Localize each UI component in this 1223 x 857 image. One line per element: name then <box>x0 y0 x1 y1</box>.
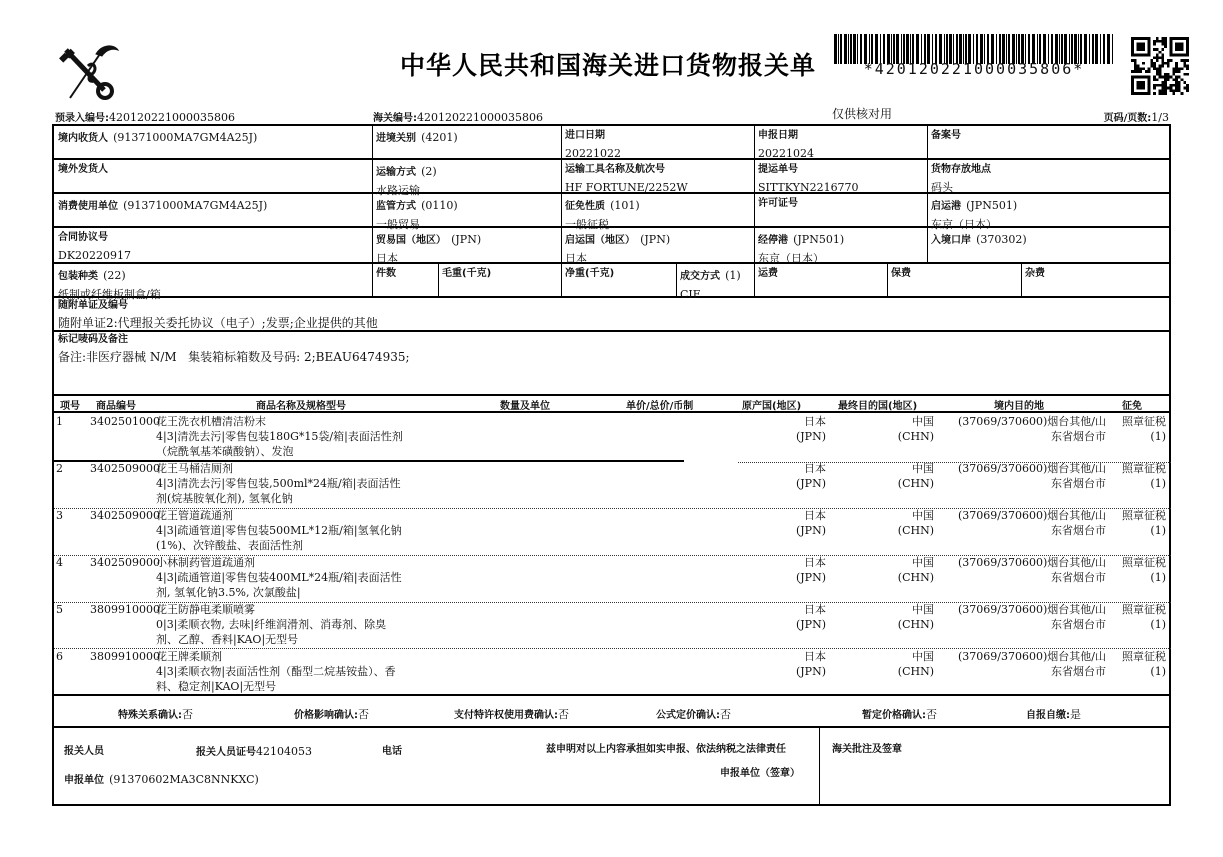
domestic-destination: (37069/370600)烟台其他/山东省烟台市 <box>938 508 1106 538</box>
col-hs-code: 商品编号 <box>96 397 136 412</box>
barcode-text: *420120221000035806* <box>834 60 1114 78</box>
product-name: 花王洗衣机槽清洁粉末 <box>156 414 266 429</box>
tax-mode: 照章征税(1) <box>1106 414 1166 444</box>
vessel-field: 运输工具名称及航次号HF FORTUNE/2252W <box>561 160 754 198</box>
entry-port-field: 入境口岸 (370302) <box>927 228 1171 251</box>
col-tax-mode: 征免 <box>1122 397 1142 412</box>
tax-mode: 照章征税(1) <box>1106 649 1166 679</box>
origin-country: 日本(JPN) <box>774 649 826 679</box>
col-domestic-dest: 境内目的地 <box>994 397 1044 412</box>
document-title: 中华人民共和国海关进口货物报关单 <box>400 46 816 82</box>
col-quantity: 数量及单位 <box>500 397 550 412</box>
page-number: 页码/页数:1/3 <box>1104 106 1169 125</box>
hs-code: 3402501000 <box>90 414 160 429</box>
table-row: 63809910000花王牌柔顺剂4|3|柔顺衣物|表面活性剂（酯型二烷基铵盐）… <box>54 649 1169 696</box>
product-spec: 4|3|柔顺衣物|表面活性剂（酯型二烷基铵盐）、香料、稳定剂|KAO|无型号 <box>156 664 456 694</box>
customs-approval-label: 海关批注及签章 <box>832 740 902 755</box>
phone-label: 电话 <box>382 742 402 757</box>
item-no: 4 <box>56 555 63 570</box>
domestic-destination: (37069/370600)烟台其他/山东省烟台市 <box>938 555 1106 585</box>
domestic-destination: (37069/370600)烟台其他/山东省烟台市 <box>938 649 1106 679</box>
col-item-no: 项号 <box>60 397 80 412</box>
provisional-price-confirm: 暂定价格确认:否 <box>862 706 937 722</box>
declare-unit: 申报单位 (91370602MA3C8NNKXC) <box>64 768 259 787</box>
page-label: 页码/页数: <box>1104 113 1152 124</box>
contract-no-field: 合同协议号DK20220917 <box>54 228 372 266</box>
royalty-confirm: 支付特许权使用费确认:否 <box>454 706 569 722</box>
final-destination: 中国(CHN) <box>884 602 934 632</box>
tax-mode: 照章征税(1) <box>1106 508 1166 538</box>
final-destination: 中国(CHN) <box>884 461 934 491</box>
freight-field: 运费 <box>754 264 887 284</box>
tax-mode: 照章征税(1) <box>1106 602 1166 632</box>
pre-entry-label: 预录入编号: <box>55 113 109 124</box>
col-price: 单价/总价/币制 <box>626 397 693 412</box>
domestic-destination: (37069/370600)烟台其他/山东省烟台市 <box>938 414 1106 444</box>
origin-country: 日本(JPN) <box>774 602 826 632</box>
tax-mode: 照章征税(1) <box>1106 555 1166 585</box>
final-destination: 中国(CHN) <box>884 649 934 679</box>
col-origin: 原产国(地区) <box>742 397 801 412</box>
product-name: 花王管道疏通剂 <box>156 508 233 523</box>
product-spec: 4|3|清洗去污|零售包装180G*15袋/箱|表面活性剂（烷酰氧基苯磺酸钠）、… <box>156 429 456 459</box>
attached-docs-field: 随附单证及编号随附单证2:代理报关委托协议（电子）;发票;企业提供的其他 <box>54 296 1171 333</box>
item-no: 6 <box>56 649 63 664</box>
table-row: 33402509000花王管道疏通剂4|3|疏通管道|零售包装500ML*12瓶… <box>54 508 1169 555</box>
customs-number: 海关编号:420120221000035806 <box>373 106 543 125</box>
entry-customs-field: 进境关别 (4201) <box>372 126 561 149</box>
col-final-dest: 最终目的国(地区) <box>838 397 917 412</box>
formula-price-confirm: 公式定价确认:否 <box>656 706 731 722</box>
pre-entry-number: 预录入编号:420120221000035806 <box>55 106 235 125</box>
product-spec: 4|3|清洗去污|零售包装,500ml*24瓶/箱|表面活性剂(烷基胺氧化剂),… <box>156 476 456 506</box>
declare-date-field: 申报日期20221024 <box>754 126 927 164</box>
record-no-field: 备案号 <box>927 126 1171 146</box>
qr-code-icon <box>1131 37 1189 95</box>
product-name: 花王防静电柔顺喷雾 <box>156 602 255 617</box>
bill-no-field: 提运单号SITTKYN2216770 <box>754 160 927 198</box>
origin-country: 日本(JPN) <box>774 555 826 585</box>
pre-entry-value: 420120221000035806 <box>109 111 235 124</box>
gross-weight-field: 毛重(千克) <box>438 264 561 284</box>
departure-country-field: 启运国（地区） (JPN)日本 <box>561 228 754 269</box>
product-name: 花王马桶洁厕剂 <box>156 461 233 476</box>
pieces-field: 件数 <box>372 264 438 284</box>
special-relation-confirm: 特殊关系确认:否 <box>118 706 193 722</box>
tax-mode: 照章征税(1) <box>1106 461 1166 491</box>
check-only-note: 仅供核对用 <box>832 105 892 122</box>
consignee-field: 境内收货人 (91371000MA7GM4A25J) <box>54 126 372 149</box>
declare-unit-seal: 申报单位（签章） <box>720 764 800 779</box>
declaration-form: 境内收货人 (91371000MA7GM4A25J) 进境关别 (4201) 进… <box>52 124 1171 806</box>
trade-country-field: 贸易国（地区） (JPN)日本 <box>372 228 561 269</box>
origin-country: 日本(JPN) <box>774 461 826 491</box>
hs-code: 3402509000 <box>90 461 160 476</box>
marks-remarks-field: 标记唛码及备注备注:非医疗器械 N/M 集装箱标箱数及号码: 2;BEAU647… <box>54 330 1171 367</box>
customs-no-label: 海关编号: <box>373 113 417 124</box>
hs-code: 3809910000 <box>90 649 160 664</box>
final-destination: 中国(CHN) <box>884 414 934 444</box>
self-declare-pay: 自报自缴:是 <box>1026 706 1081 722</box>
table-row: 23402509000花王马桶洁厕剂4|3|清洗去污|零售包装,500ml*24… <box>54 461 1169 508</box>
storage-field: 货物存放地点码头 <box>927 160 1171 198</box>
declarant-cert: 报关人员证号42104053 <box>196 740 312 759</box>
item-no: 5 <box>56 602 63 617</box>
table-row: 13402501000花王洗衣机槽清洁粉末4|3|清洗去污|零售包装180G*1… <box>54 414 1169 461</box>
consumer-field: 消费使用单位 (91371000MA7GM4A25J) <box>54 194 372 217</box>
misc-fee-field: 杂费 <box>1021 264 1171 284</box>
net-weight-field: 净重(千克) <box>561 264 676 284</box>
customs-no-value: 420120221000035806 <box>417 111 543 124</box>
col-name-spec: 商品名称及规格型号 <box>256 397 346 412</box>
table-row: 43402509000小林制药管道疏通剂4|3|疏通管道|零售包装400ML*2… <box>54 555 1169 602</box>
declarant-label: 报关人员 <box>64 742 104 757</box>
item-no: 3 <box>56 508 63 523</box>
product-spec: 4|3|疏通管道|零售包装400ML*24瓶/箱|表面活性剂, 氢氧化钠3.5%… <box>156 570 456 600</box>
product-spec: 4|3|疏通管道|零售包装500ML*12瓶/箱|氢氧化钠(1%)、次锌酸盐、表… <box>156 523 456 553</box>
table-row: 53809910000花王防静电柔顺喷雾0|3|柔顺衣物, 去味|纤维润滑剂、消… <box>54 602 1169 649</box>
hs-code: 3809910000 <box>90 602 160 617</box>
page-value: 1/3 <box>1151 111 1169 124</box>
origin-country: 日本(JPN) <box>774 508 826 538</box>
price-impact-confirm: 价格影响确认:否 <box>294 706 369 722</box>
license-no-field: 许可证号 <box>754 194 927 214</box>
hs-code: 3402509000 <box>90 508 160 523</box>
item-no: 1 <box>56 414 63 429</box>
domestic-destination: (37069/370600)烟台其他/山东省烟台市 <box>938 602 1106 632</box>
customs-emblem-icon <box>58 40 120 102</box>
domestic-destination: (37069/370600)烟台其他/山东省烟台市 <box>938 461 1106 491</box>
item-no: 2 <box>56 461 63 476</box>
final-destination: 中国(CHN) <box>884 508 934 538</box>
consignor-field: 境外发货人 <box>54 160 372 180</box>
import-date-field: 进口日期20221022 <box>561 126 754 164</box>
origin-country: 日本(JPN) <box>774 414 826 444</box>
insurance-field: 保费 <box>887 264 1021 284</box>
product-name: 小林制药管道疏通剂 <box>156 555 255 570</box>
hs-code: 3402509000 <box>90 555 160 570</box>
stop-port-field: 经停港 (JPN501)东京（日本） <box>754 228 927 269</box>
product-name: 花王牌柔顺剂 <box>156 649 222 664</box>
legal-statement: 兹申明对以上内容承担如实申报、依法纳税之法律责任 <box>546 740 786 755</box>
product-spec: 0|3|柔顺衣物, 去味|纤维润滑剂、消毒剂、除臭剂、乙醇、香料|KAO|无型号 <box>156 617 456 647</box>
final-destination: 中国(CHN) <box>884 555 934 585</box>
